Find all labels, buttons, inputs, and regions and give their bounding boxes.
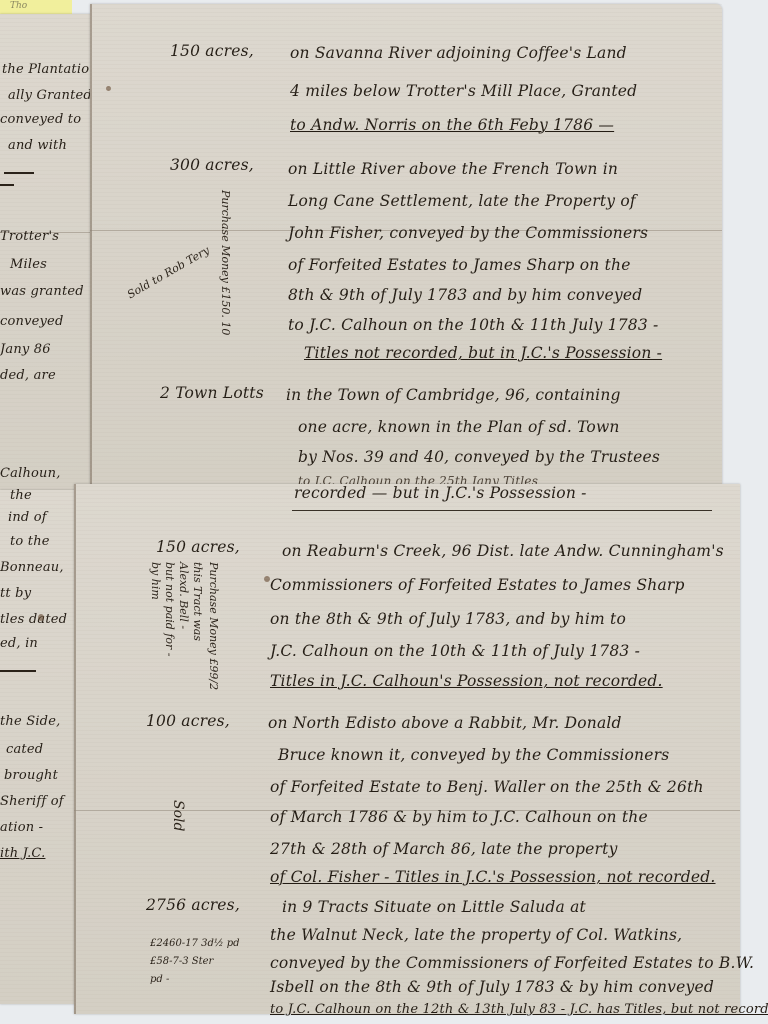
entry-line: on Reaburn's Creek, 96 Dist. late Andw. … <box>282 542 724 560</box>
sticky-note: Tho <box>0 0 72 14</box>
entry-line: by Nos. 39 and 40, conveyed by the Trust… <box>298 448 660 466</box>
margin-note-purchase-money: Purchase Money £99/2 <box>207 562 220 690</box>
rule-line <box>292 510 712 511</box>
margin-note-tract: this Tract was <box>191 562 204 641</box>
left-fragment: ith J.C. <box>0 846 45 861</box>
entry-line: 4 miles below Trotter's Mill Place, Gran… <box>290 82 637 100</box>
left-fragment: brought <box>4 768 58 783</box>
left-fragment: conveyed <box>0 314 63 329</box>
entry-acres: 300 acres, <box>170 156 254 174</box>
margin-note-tract: but not paid for - <box>163 562 176 657</box>
entry-acres: 100 acres, <box>146 712 230 730</box>
left-page-bottom: the ind of to the Bonneau, tt by tles da… <box>0 490 78 1004</box>
entry-line: on North Edisto above a Rabbit, Mr. Dona… <box>268 714 622 732</box>
ink-stain <box>106 86 111 91</box>
left-page-top: the Plantatio ally Granted conveyed to a… <box>0 14 92 494</box>
left-fragment: the <box>10 488 32 503</box>
left-fragment: ded, are <box>0 368 56 383</box>
left-fragment: the Plantatio <box>2 62 89 77</box>
entry-acres: 2 Town Lotts <box>160 384 264 402</box>
sticky-note-text: Tho <box>10 1 27 11</box>
left-fragment: to the <box>10 534 50 549</box>
margin-note-tract: Alexd. Bell - <box>177 562 190 629</box>
entry-line: of Forfeited Estate to Benj. Waller on t… <box>270 778 704 796</box>
entry-acres: 150 acres, <box>170 42 254 60</box>
margin-note-purchase-money: Purchase Money £150. 10 <box>219 190 232 335</box>
fold-line <box>74 484 76 1014</box>
main-page-top: 150 acres, on Savanna River adjoining Co… <box>90 4 722 484</box>
left-fragment: ally Granted <box>8 88 92 103</box>
left-fragment: Jany 86 <box>0 342 51 357</box>
left-fragment: Trotter's <box>0 229 59 244</box>
entry-line: Isbell on the 8th & 9th of July 1783 & b… <box>270 978 714 996</box>
left-fragment: ind of <box>8 510 47 525</box>
rule-line <box>0 670 36 672</box>
entry-line: on the 8th & 9th of July 1783, and by hi… <box>270 610 626 628</box>
left-fragment: was granted <box>0 284 84 299</box>
entry-line: Titles in J.C. Calhoun's Possession, not… <box>270 672 663 690</box>
entry-line: Commissioners of Forfeited Estates to Ja… <box>270 576 685 594</box>
entry-line: on Little River above the French Town in <box>288 160 618 178</box>
entry-line: recorded — but in J.C.'s Possession - <box>294 484 587 502</box>
rule-line <box>0 184 14 186</box>
left-fragment: and with <box>8 138 67 153</box>
left-fragment: ation - <box>0 820 43 835</box>
entry-line: 27th & 28th of March 86, late the proper… <box>270 840 618 858</box>
ink-stain <box>38 614 44 621</box>
entry-line: John Fisher, conveyed by the Commissione… <box>288 224 648 242</box>
margin-note-tract: by him <box>149 562 162 600</box>
entry-line: on Savanna River adjoining Coffee's Land <box>290 44 627 62</box>
left-fragment: Calhoun, <box>0 466 61 481</box>
left-fragment: Miles <box>10 257 47 272</box>
fold-line <box>90 4 92 484</box>
entry-line: one acre, known in the Plan of sd. Town <box>298 418 620 436</box>
entry-acres: 2756 acres, <box>146 896 240 914</box>
left-fragment: cated <box>6 742 43 757</box>
left-fragment: tles dated <box>0 612 67 627</box>
rule-line <box>4 172 34 174</box>
entry-line: in the Town of Cambridge, 96, containing <box>286 386 621 404</box>
entry-line: of March 1786 & by him to J.C. Calhoun o… <box>270 808 648 826</box>
left-fragment: the Side, <box>0 714 60 729</box>
margin-note-money: £58-7-3 Ster <box>150 956 213 967</box>
margin-note-sold-to: Sold to Rob Tery <box>125 244 212 302</box>
left-fragment: ed, in <box>0 636 38 651</box>
margin-note-money: £2460-17 3d½ pd <box>150 938 240 949</box>
main-page-bottom: recorded — but in J.C.'s Possession - 15… <box>74 484 740 1014</box>
entry-line: to J.C. Calhoun on the 10th & 11th July … <box>288 316 659 334</box>
entry-line: to J.C. Calhoun on the 12th & 13th July … <box>270 1002 768 1017</box>
entry-line: Bruce known it, conveyed by the Commissi… <box>278 746 669 764</box>
entry-line: the Walnut Neck, late the property of Co… <box>270 926 682 944</box>
entry-line: Long Cane Settlement, late the Property … <box>288 192 636 210</box>
entry-line: J.C. Calhoun on the 10th & 11th of July … <box>270 642 640 660</box>
entry-line: of Forfeited Estates to James Sharp on t… <box>288 256 631 274</box>
margin-note-sold: Sold <box>170 800 186 831</box>
entry-acres: 150 acres, <box>156 538 240 556</box>
entry-line: conveyed by the Commissioners of Forfeit… <box>270 954 754 972</box>
left-fragment: conveyed to <box>0 112 81 127</box>
entry-line: Titles not recorded, but in J.C.'s Posse… <box>304 344 662 362</box>
margin-note-money: pd - <box>150 974 169 985</box>
entry-line: to Andw. Norris on the 6th Feby 1786 — <box>290 116 614 134</box>
entry-line: 8th & 9th of July 1783 and by him convey… <box>288 286 642 304</box>
entry-line: of Col. Fisher - Titles in J.C.'s Posses… <box>270 868 716 886</box>
left-fragment: Sheriff of <box>0 794 64 809</box>
left-fragment: Bonneau, <box>0 560 64 575</box>
left-fragment: tt by <box>0 586 31 601</box>
entry-line: in 9 Tracts Situate on Little Saluda at <box>282 898 586 916</box>
